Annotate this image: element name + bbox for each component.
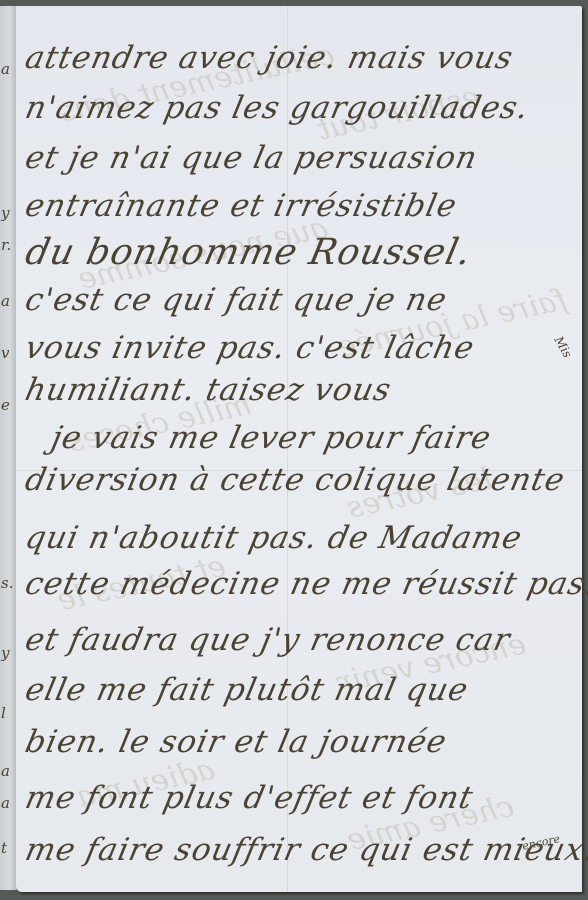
letter-line-2: n'aimez pas les gargouillades. [22,90,588,126]
verso-mark: y [1,646,15,661]
letter-line-5: du bonhomme Roussel. [22,232,588,273]
verso-mark: t [1,841,15,856]
letter-line-15: bien. le soir et la journée [22,724,588,760]
letter-line-16: me font plus d'effet et font [22,780,588,816]
letter-line-1: attendre avec joie. mais vous [22,40,588,76]
letter-line-8: humiliant. taisez vous [22,372,588,408]
verso-mark: a [1,294,15,309]
verso-mark: s. [1,576,15,591]
verso-mark: y [1,206,15,221]
verso-mark: a [1,764,15,779]
letter-line-11: qui n'aboutit pas. de Madame [22,520,588,556]
letter-line-7: vous invite pas. c'est lâche [22,330,588,366]
verso-mark: r. [1,238,15,253]
letter-line-14: elle me fait plutôt mal que [22,672,588,708]
letter-line-17: me faire souffrir ce qui est mieux. [22,832,588,868]
letter-line-10: diversion à cette colique latente [22,462,588,498]
letter-line-3: et je n'ai que la persuasion [22,140,588,176]
verso-page-edge: a y r. a v e s. y l a a t [0,6,17,890]
letter-line-4: entraînante et irrésistible [22,188,588,224]
verso-mark: a [1,62,15,77]
letter-line-12: cette médecine ne me réussit pas. [22,566,588,602]
letter-line-13: et faudra que j'y renonce car [22,622,588,658]
verso-mark: v [1,346,15,361]
letter-line-9: je vais me lever pour faire [48,420,588,456]
letter-line-6: c'est ce qui fait que je ne [22,282,588,318]
verso-mark: a [1,796,15,811]
verso-mark: e [1,398,15,413]
verso-mark: l [1,706,15,721]
